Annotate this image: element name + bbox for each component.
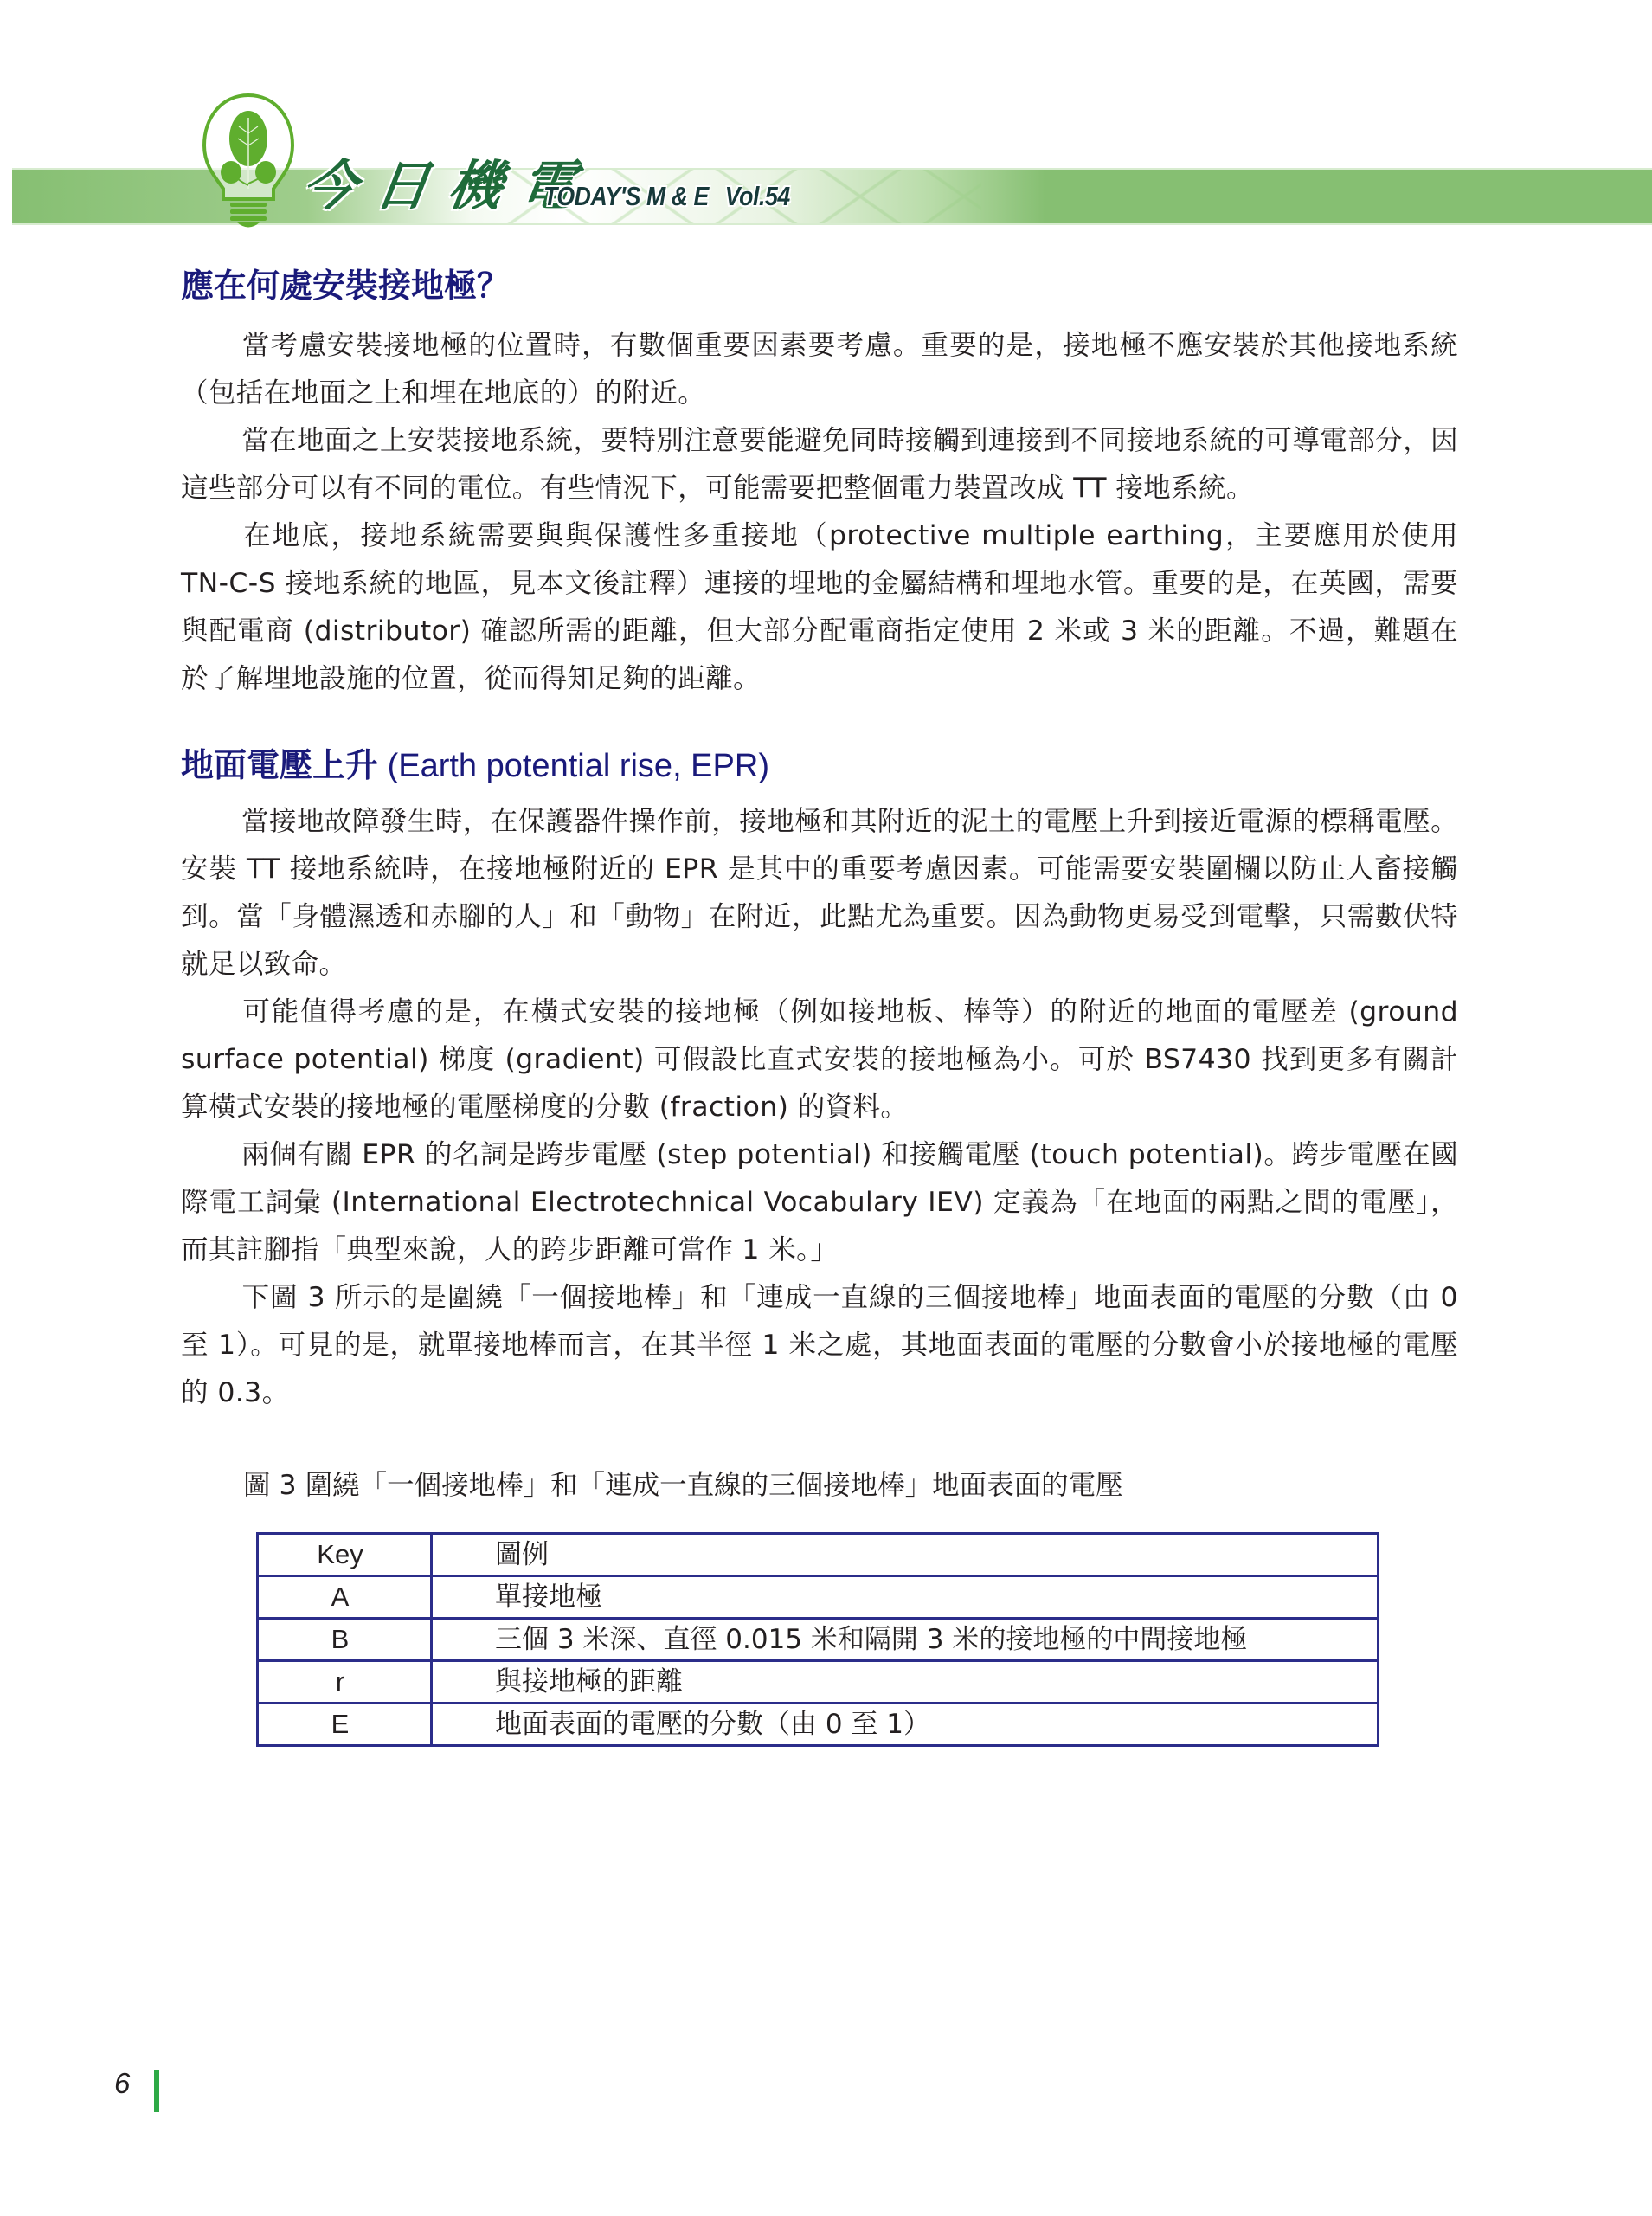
paragraph: 當接地故障發生時，在保護器件操作前，接地極和其附近的泥土的電壓上升到接近電源的標… bbox=[181, 798, 1458, 989]
paragraph: 當在地面之上安裝接地系統，要特別注意要能避免同時接觸到連接到不同接地系統的可導電… bbox=[181, 417, 1458, 512]
paragraph: 下圖 3 所示的是圍繞「一個接地棒」和「連成一直線的三個接地棒」地面表面的電壓的… bbox=[181, 1274, 1458, 1417]
figure-caption: 圖 3 圍繞「一個接地棒」和「連成一直線的三個接地棒」地面表面的電壓 bbox=[243, 1466, 1123, 1504]
figure-key-table: Key 圖例 A 單接地極 B 三個 3 米深、直徑 0.015 米和隔開 3 … bbox=[256, 1532, 1379, 1747]
paragraph: 可能值得考慮的是，在橫式安裝的接地極（例如接地板、棒等）的附近的地面的電壓差 (… bbox=[181, 989, 1458, 1131]
paragraph-text: 兩個有關 EPR 的名詞是跨步電壓 (step potential) 和接觸電壓… bbox=[181, 1139, 1458, 1266]
table-cell-legend: 與接地極的距離 bbox=[432, 1661, 1379, 1704]
magazine-subtitle: TODAY'S M & EVol.54 bbox=[543, 183, 790, 209]
paragraph: 兩個有關 EPR 的名詞是跨步電壓 (step potential) 和接觸電壓… bbox=[181, 1131, 1458, 1274]
magazine-title-en: TODAY'S M & E bbox=[543, 181, 709, 211]
table-header-legend: 圖例 bbox=[432, 1534, 1379, 1576]
volume-label: Vol.54 bbox=[725, 181, 790, 211]
heading-zh: 地面電壓上升 bbox=[181, 748, 378, 784]
paragraph-text: 當考慮安裝接地極的位置時，有數個重要因素要考慮。重要的是，接地極不應安裝於其他接… bbox=[181, 330, 1458, 409]
heading-en: (Earth potential rise, EPR) bbox=[378, 748, 769, 784]
paragraph: 當考慮安裝接地極的位置時，有數個重要因素要考慮。重要的是，接地極不應安裝於其他接… bbox=[181, 322, 1458, 417]
paragraph: 在地底，接地系統需要與與保護性多重接地（protective multiple … bbox=[181, 512, 1458, 703]
table-header-row: Key 圖例 bbox=[258, 1534, 1379, 1576]
table-row: A 單接地極 bbox=[258, 1576, 1379, 1619]
table-cell-legend: 地面表面的電壓的分數（由 0 至 1） bbox=[432, 1704, 1379, 1746]
table-cell-legend: 單接地極 bbox=[432, 1576, 1379, 1619]
page-number: 6 bbox=[114, 2067, 130, 2100]
table-row: E 地面表面的電壓的分數（由 0 至 1） bbox=[258, 1704, 1379, 1746]
paragraph-text: 當在地面之上安裝接地系統，要特別注意要能避免同時接觸到連接到不同接地系統的可導電… bbox=[181, 425, 1458, 504]
table-cell-key: B bbox=[258, 1619, 432, 1661]
table-cell-key: r bbox=[258, 1661, 432, 1704]
section-heading-electrode-location: 應在何處安裝接地極？ bbox=[181, 270, 510, 303]
table-cell-key: E bbox=[258, 1704, 432, 1746]
page-number-divider bbox=[154, 2070, 159, 2112]
section-heading-epr: 地面電壓上升 (Earth potential rise, EPR) bbox=[181, 750, 769, 783]
table-cell-key: A bbox=[258, 1576, 432, 1619]
paragraph-text: 當接地故障發生時，在保護器件操作前，接地極和其附近的泥土的電壓上升到接近電源的標… bbox=[181, 806, 1458, 980]
paragraph-text: 可能值得考慮的是，在橫式安裝的接地極（例如接地板、棒等）的附近的地面的電壓差 (… bbox=[181, 996, 1458, 1123]
table-row: r 與接地極的距離 bbox=[258, 1661, 1379, 1704]
table-header-key: Key bbox=[258, 1534, 432, 1576]
lightbulb-leaf-logo-icon bbox=[197, 92, 299, 230]
table-cell-legend: 三個 3 米深、直徑 0.015 米和隔開 3 米的接地極的中間接地極 bbox=[432, 1619, 1379, 1661]
paragraph-text: 下圖 3 所示的是圍繞「一個接地棒」和「連成一直線的三個接地棒」地面表面的電壓的… bbox=[181, 1282, 1458, 1408]
table-row: B 三個 3 米深、直徑 0.015 米和隔開 3 米的接地極的中間接地極 bbox=[258, 1619, 1379, 1661]
paragraph-text: 在地底，接地系統需要與與保護性多重接地（protective multiple … bbox=[181, 520, 1458, 694]
